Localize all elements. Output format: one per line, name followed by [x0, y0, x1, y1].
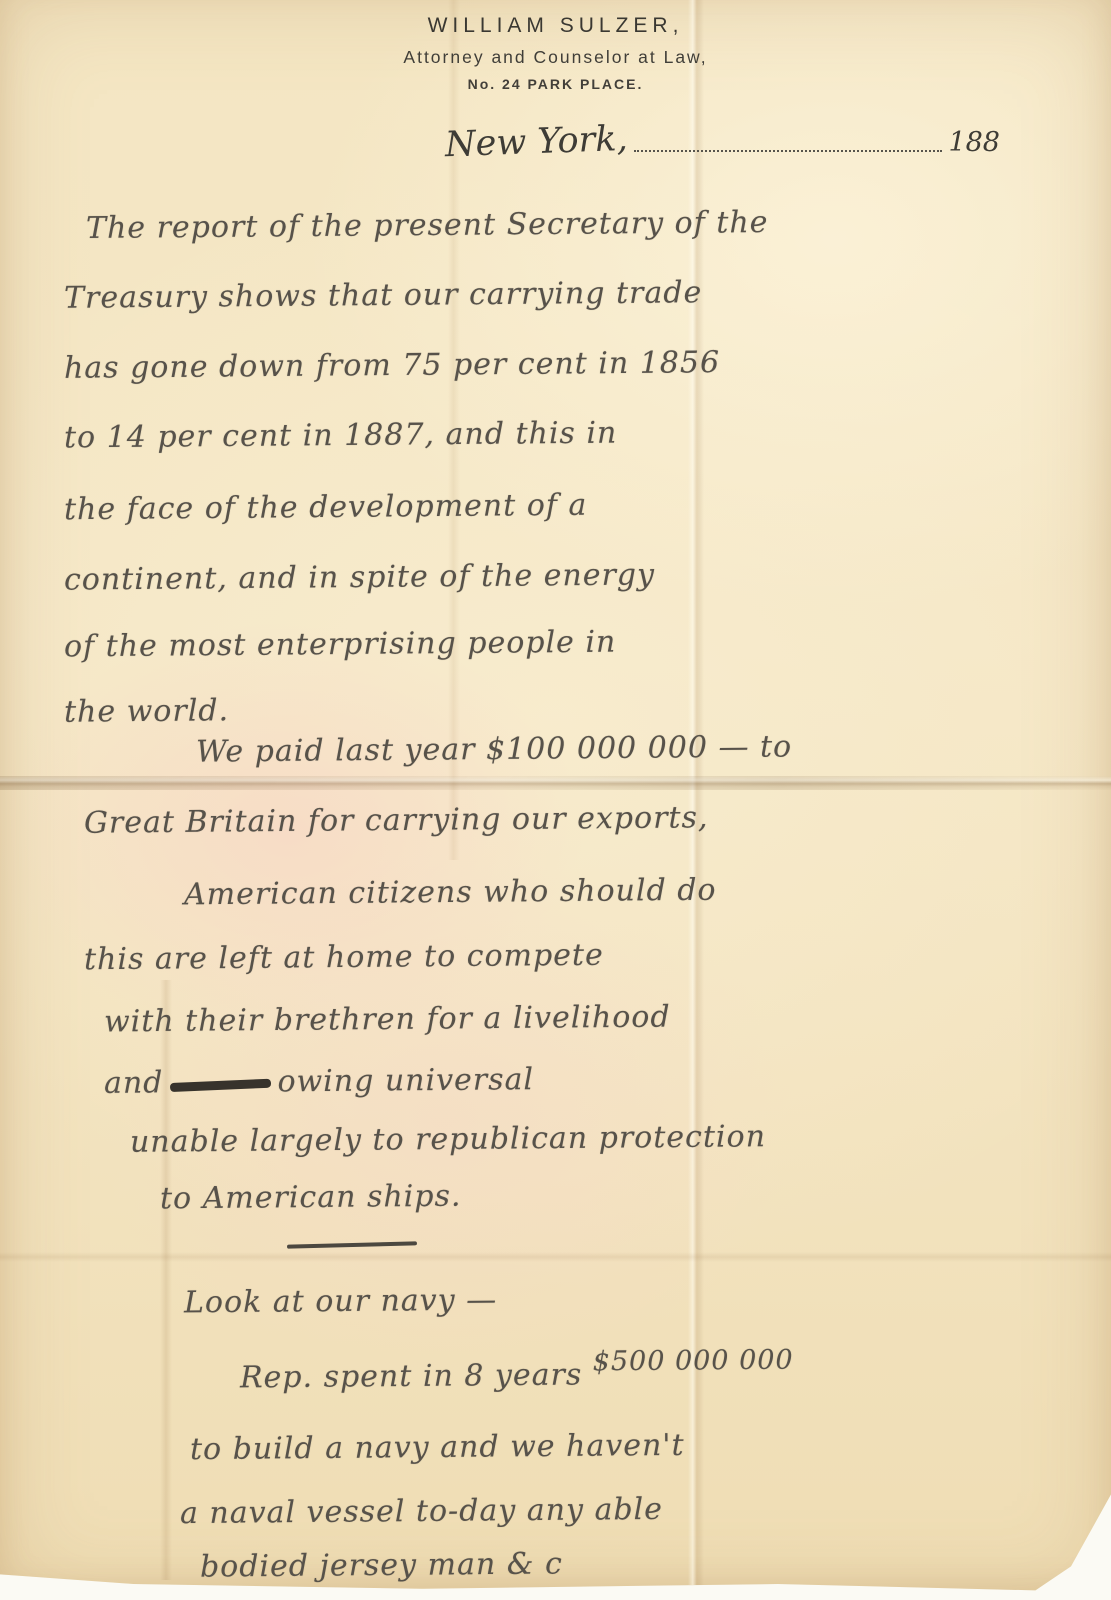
handwritten-line: and ——— owing universal	[104, 1062, 534, 1101]
handwritten-line: this are left at home to compete	[84, 938, 604, 978]
handwritten-line: Look at our navy —	[184, 1283, 497, 1321]
handwritten-text: Look at our navy —	[184, 1283, 497, 1321]
letter-body: The report of the present Secretary of t…	[0, 0, 1111, 1600]
handwritten-line: bodied jersey man & c	[200, 1546, 563, 1584]
handwritten-text: a naval vessel to-day any able	[180, 1492, 663, 1531]
handwritten-text: continent, and in spite of the energy	[64, 557, 655, 597]
handwritten-text: unable largely to republican protection	[130, 1119, 766, 1160]
handwritten-line: continent, and in spite of the energy	[64, 557, 655, 597]
handwritten-line: American citizens who should do	[184, 873, 717, 913]
handwritten-text: the face of the development of a	[64, 488, 588, 528]
scribbled-out-word: ———	[174, 1064, 267, 1100]
handwritten-line: to 14 per cent in 1887, and this in	[64, 416, 618, 456]
handwritten-line: the face of the development of a	[64, 488, 588, 528]
handwritten-line: has gone down from 75 per cent in 1856	[64, 345, 720, 386]
handwritten-line: We paid last year $100 000 000 — to	[196, 729, 792, 769]
handwritten-line: Treasury shows that our carrying trade	[64, 275, 703, 316]
handwritten-line: The report of the present Secretary of t…	[86, 205, 769, 246]
handwritten-text: The report of the present Secretary of t…	[86, 205, 769, 246]
handwritten-text: to American ships.	[160, 1179, 462, 1217]
handwritten-text: American citizens who should do	[184, 873, 717, 913]
handwritten-text: with their brethren for a livelihood	[104, 1000, 671, 1040]
handwritten-text: to 14 per cent in 1887, and this in	[64, 416, 618, 456]
handwritten-text: Great Britain for carrying our exports,	[84, 800, 709, 840]
raised-amount: $500 000 000	[593, 1345, 794, 1378]
handwritten-line: to build a navy and we haven't	[190, 1428, 685, 1467]
handwritten-line: with their brethren for a livelihood	[104, 1000, 671, 1040]
handwritten-text: bodied jersey man & c	[200, 1546, 563, 1584]
handwritten-text: the world.	[64, 693, 229, 729]
handwritten-line: the world.	[64, 693, 229, 729]
scanned-letter-page: WILLIAM SULZER, Attorney and Counselor a…	[0, 0, 1111, 1600]
handwritten-line: unable largely to republican protection	[130, 1119, 766, 1160]
handwritten-text: and	[104, 1065, 174, 1101]
handwritten-line: of the most enterprising people in	[64, 625, 617, 665]
handwritten-text: this are left at home to compete	[84, 938, 604, 978]
handwritten-text: has gone down from 75 per cent in 1856	[64, 345, 720, 386]
handwritten-line: to American ships.	[160, 1179, 462, 1217]
handwritten-line: a naval vessel to-day any able	[180, 1492, 663, 1531]
handwritten-text: Treasury shows that our carrying trade	[64, 275, 703, 316]
handwritten-line: Rep. spent in 8 years $500 000 000	[240, 1356, 794, 1396]
handwritten-text: We paid last year $100 000 000 — to	[196, 729, 792, 769]
handwritten-text: to build a navy and we haven't	[190, 1428, 685, 1467]
paragraph-divider	[287, 1241, 417, 1248]
handwritten-text: of the most enterprising people in	[64, 625, 617, 665]
handwritten-text: Rep. spent in 8 years	[240, 1357, 593, 1395]
handwritten-line: Great Britain for carrying our exports,	[84, 800, 709, 840]
handwritten-text: owing universal	[267, 1062, 534, 1099]
